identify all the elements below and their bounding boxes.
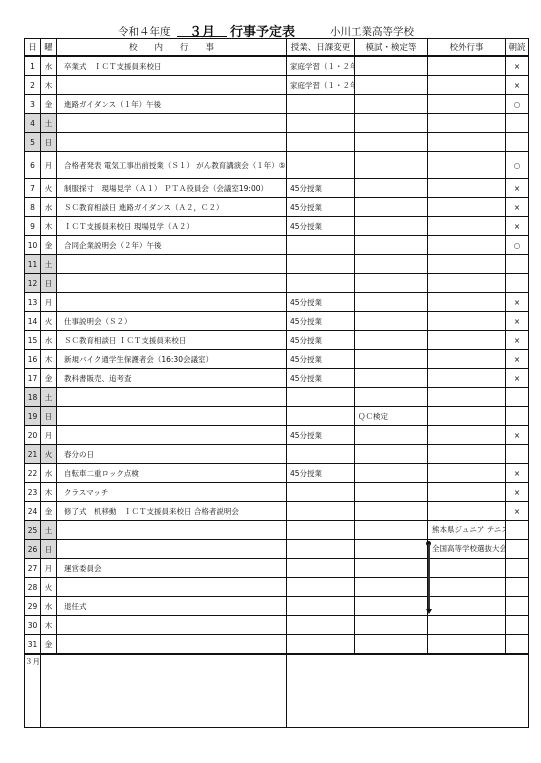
exam-cell (355, 597, 428, 616)
undecided-left (41, 654, 287, 728)
table-row: 19日ＱＣ検定 (25, 407, 529, 426)
exam-cell (355, 152, 428, 179)
class-change-cell (287, 152, 355, 179)
events-cell: 運営委員会 (57, 559, 287, 578)
exam-cell (355, 464, 428, 483)
day-cell: 22 (25, 464, 41, 483)
weekday-cell: 金 (41, 95, 57, 114)
morning-reading-cell: × (506, 198, 529, 217)
morning-reading-cell: × (506, 369, 529, 388)
morning-reading-cell (506, 578, 529, 597)
day-cell: 27 (25, 559, 41, 578)
day-cell: 1 (25, 56, 41, 76)
weekday-cell: 金 (41, 502, 57, 521)
weekday-cell: 月 (41, 426, 57, 445)
events-cell: ＩＣＴ支援員来校日 現場見学（Ａ２） (57, 217, 287, 236)
events-cell: 制服採寸 現場見学（Ａ１） ＰＴＡ役員会（会議室19:00） (57, 179, 287, 198)
external-event-cell (428, 502, 506, 521)
morning-reading-cell (506, 133, 529, 152)
exam-cell (355, 179, 428, 198)
events-cell: ＳＣ教育相談日 進路ガイダンス（Ａ２，Ｃ２） (57, 198, 287, 217)
morning-reading-cell (506, 407, 529, 426)
events-cell (57, 426, 287, 445)
external-event-cell (428, 407, 506, 426)
external-event-cell: 全国高等学校選抜大会 （レスリング） (428, 540, 506, 559)
morning-reading-cell: × (506, 426, 529, 445)
morning-reading-cell: × (506, 483, 529, 502)
external-event-cell (428, 133, 506, 152)
exam-cell (355, 483, 428, 502)
event-span-arrow (428, 544, 430, 612)
morning-reading-cell: × (506, 464, 529, 483)
morning-reading-cell: × (506, 56, 529, 76)
weekday-cell: 月 (41, 152, 57, 179)
table-row: 13月45分授業× (25, 293, 529, 312)
external-event-cell (428, 464, 506, 483)
day-cell: 24 (25, 502, 41, 521)
class-change-cell: 45分授業 (287, 350, 355, 369)
external-event-cell (428, 114, 506, 133)
title-era: 令和４年度 (118, 24, 171, 39)
class-change-cell (287, 635, 355, 655)
external-event-cell (428, 331, 506, 350)
events-cell (57, 635, 287, 655)
external-event-cell (428, 217, 506, 236)
header-day: 日 (25, 39, 41, 57)
school-name: 小川工業高等学校 (330, 24, 414, 39)
external-event-cell (428, 635, 506, 655)
morning-reading-cell: ○ (506, 95, 529, 114)
exam-cell (355, 274, 428, 293)
morning-reading-cell: × (506, 350, 529, 369)
class-change-cell (287, 445, 355, 464)
events-cell (57, 76, 287, 95)
exam-cell (355, 198, 428, 217)
class-change-cell: 45分授業 (287, 293, 355, 312)
class-change-cell: 45分授業 (287, 369, 355, 388)
undecided-row: ３月日時未定分 (25, 654, 529, 728)
events-cell: 卒業式 ＩＣＴ支援員来校日 (57, 56, 287, 76)
class-change-cell (287, 95, 355, 114)
weekday-cell: 土 (41, 388, 57, 407)
exam-cell (355, 133, 428, 152)
exam-cell (355, 95, 428, 114)
events-cell: 修了式 机移動 ＩＣＴ支援員来校日 合格者説明会 (57, 502, 287, 521)
table-row: 9木ＩＣＴ支援員来校日 現場見学（Ａ２）45分授業× (25, 217, 529, 236)
external-event-cell (428, 483, 506, 502)
external-event-cell (428, 369, 506, 388)
class-change-cell: 45分授業 (287, 179, 355, 198)
table-row: 27月運営委員会 (25, 559, 529, 578)
class-change-cell: 45分授業 (287, 198, 355, 217)
morning-reading-cell: × (506, 179, 529, 198)
day-cell: 12 (25, 274, 41, 293)
table-row: 12日 (25, 274, 529, 293)
exam-cell (355, 293, 428, 312)
table-row: 20月45分授業× (25, 426, 529, 445)
external-event-cell (428, 559, 506, 578)
morning-reading-cell (506, 635, 529, 655)
exam-cell (355, 426, 428, 445)
table-row: 25土熊本県ジュニア テニス選手権 (25, 521, 529, 540)
day-cell: 7 (25, 179, 41, 198)
events-cell (57, 616, 287, 635)
exam-cell (355, 76, 428, 95)
external-event-cell (428, 388, 506, 407)
morning-reading-cell: × (506, 331, 529, 350)
events-cell: 合同企業説明会（２年）午後 (57, 236, 287, 255)
table-row: 5日 (25, 133, 529, 152)
external-event-cell (428, 274, 506, 293)
class-change-cell: 45分授業 (287, 426, 355, 445)
class-change-cell (287, 502, 355, 521)
events-cell (57, 521, 287, 540)
table-row: 26日全国高等学校選抜大会 （レスリング） (25, 540, 529, 559)
table-row: 11土 (25, 255, 529, 274)
class-change-cell: 45分授業 (287, 464, 355, 483)
weekday-cell: 水 (41, 464, 57, 483)
day-cell: 18 (25, 388, 41, 407)
day-cell: 13 (25, 293, 41, 312)
table-row: 30木 (25, 616, 529, 635)
external-event-cell (428, 56, 506, 76)
weekday-cell: 水 (41, 198, 57, 217)
external-event-cell (428, 95, 506, 114)
class-change-cell (287, 255, 355, 274)
day-cell: 29 (25, 597, 41, 616)
events-cell (57, 388, 287, 407)
day-cell: 31 (25, 635, 41, 655)
weekday-cell: 土 (41, 255, 57, 274)
events-cell: 自転車二重ロック点検 (57, 464, 287, 483)
events-cell (57, 407, 287, 426)
exam-cell (355, 388, 428, 407)
table-row: 23木クラスマッチ× (25, 483, 529, 502)
class-change-cell (287, 578, 355, 597)
class-change-cell (287, 274, 355, 293)
events-cell (57, 114, 287, 133)
class-change-cell (287, 133, 355, 152)
header-morning-reading: 朝読 (506, 39, 529, 57)
class-change-cell (287, 388, 355, 407)
class-change-cell (287, 559, 355, 578)
events-cell: 進路ガイダンス（１年）午後 (57, 95, 287, 114)
external-event-cell (428, 445, 506, 464)
exam-cell (355, 369, 428, 388)
class-change-cell: 家庭学習（１・２年） (287, 56, 355, 76)
table-row: 4土 (25, 114, 529, 133)
events-cell (57, 133, 287, 152)
day-cell: 5 (25, 133, 41, 152)
events-cell (57, 255, 287, 274)
events-cell: 退任式 (57, 597, 287, 616)
day-cell: 11 (25, 255, 41, 274)
title-month: ３月 (177, 21, 227, 37)
table-row: 17金教科書販売、追考査45分授業× (25, 369, 529, 388)
weekday-cell: 金 (41, 369, 57, 388)
exam-cell (355, 56, 428, 76)
day-cell: 3 (25, 95, 41, 114)
external-event-cell (428, 152, 506, 179)
day-cell: 2 (25, 76, 41, 95)
events-cell: 合格者発表 電気工事出前授業（Ｓ１） がん教育講演会（１年）⑤⑥ (57, 152, 287, 179)
morning-reading-cell (506, 445, 529, 464)
weekday-cell: 月 (41, 559, 57, 578)
external-event-cell (428, 616, 506, 635)
events-cell: 教科書販売、追考査 (57, 369, 287, 388)
exam-cell (355, 540, 428, 559)
morning-reading-cell (506, 114, 529, 133)
table-row: 2木家庭学習（１・２年）× (25, 76, 529, 95)
table-row: 7火制服採寸 現場見学（Ａ１） ＰＴＡ役員会（会議室19:00）45分授業× (25, 179, 529, 198)
undecided-right (287, 654, 529, 728)
weekday-cell: 日 (41, 133, 57, 152)
external-event-cell (428, 597, 506, 616)
day-cell: 20 (25, 426, 41, 445)
external-event-cell: 熊本県ジュニア テニス選手権 (428, 521, 506, 540)
events-cell: 新規バイク通学生保護者会（16:30会議室） (57, 350, 287, 369)
table-row: 14火仕事説明会（Ｓ２）45分授業× (25, 312, 529, 331)
external-event-cell (428, 179, 506, 198)
arrow-down-icon (426, 609, 432, 614)
day-cell: 21 (25, 445, 41, 464)
morning-reading-cell (506, 559, 529, 578)
weekday-cell: 日 (41, 540, 57, 559)
header-external: 校外行事 (428, 39, 506, 57)
class-change-cell (287, 597, 355, 616)
exam-cell (355, 217, 428, 236)
day-cell: 14 (25, 312, 41, 331)
class-change-cell: 45分授業 (287, 312, 355, 331)
morning-reading-cell: × (506, 293, 529, 312)
exam-cell (355, 635, 428, 655)
weekday-cell: 火 (41, 312, 57, 331)
morning-reading-cell (506, 540, 529, 559)
external-event-cell (428, 312, 506, 331)
morning-reading-cell: × (506, 76, 529, 95)
day-cell: 19 (25, 407, 41, 426)
day-cell: 8 (25, 198, 41, 217)
day-cell: 10 (25, 236, 41, 255)
external-event-cell (428, 578, 506, 597)
table-row: 6月合格者発表 電気工事出前授業（Ｓ１） がん教育講演会（１年）⑤⑥○ (25, 152, 529, 179)
morning-reading-cell (506, 616, 529, 635)
morning-reading-cell: × (506, 217, 529, 236)
external-event-cell (428, 426, 506, 445)
class-change-cell: 45分授業 (287, 331, 355, 350)
external-event-cell (428, 236, 506, 255)
events-cell: クラスマッチ (57, 483, 287, 502)
weekday-cell: 火 (41, 179, 57, 198)
exam-cell: ＱＣ検定 (355, 407, 428, 426)
day-cell: 6 (25, 152, 41, 179)
external-event-cell (428, 255, 506, 274)
exam-cell (355, 445, 428, 464)
class-change-cell: 45分授業 (287, 217, 355, 236)
schedule-table: 日 曜 校 内 行 事 授業、日課変更 模試・検定等 校外行事 朝読 1水卒業式… (24, 38, 529, 728)
table-row: 29水退任式 (25, 597, 529, 616)
events-cell (57, 540, 287, 559)
morning-reading-cell: ○ (506, 236, 529, 255)
weekday-cell: 水 (41, 56, 57, 76)
header-exams: 模試・検定等 (355, 39, 428, 57)
undecided-label: ３月日時未定分 (25, 654, 41, 728)
table-row: 3金進路ガイダンス（１年）午後○ (25, 95, 529, 114)
weekday-cell: 火 (41, 578, 57, 597)
morning-reading-cell (506, 274, 529, 293)
weekday-cell: 水 (41, 331, 57, 350)
exam-cell (355, 236, 428, 255)
table-row: 1水卒業式 ＩＣＴ支援員来校日家庭学習（１・２年）× (25, 56, 529, 76)
morning-reading-cell: × (506, 502, 529, 521)
exam-cell (355, 350, 428, 369)
class-change-cell: 家庭学習（１・２年） (287, 76, 355, 95)
weekday-cell: 木 (41, 616, 57, 635)
morning-reading-cell: ○ (506, 152, 529, 179)
exam-cell (355, 559, 428, 578)
class-change-cell (287, 114, 355, 133)
exam-cell (355, 114, 428, 133)
table-row: 28火 (25, 578, 529, 597)
table-row: 31金 (25, 635, 529, 655)
weekday-cell: 土 (41, 521, 57, 540)
table-row: 15水ＳＣ教育相談日 ＩＣＴ支援員来校日45分授業× (25, 331, 529, 350)
weekday-cell: 日 (41, 407, 57, 426)
weekday-cell: 金 (41, 236, 57, 255)
day-cell: 30 (25, 616, 41, 635)
table-row: 24金修了式 机移動 ＩＣＴ支援員来校日 合格者説明会× (25, 502, 529, 521)
morning-reading-cell (506, 597, 529, 616)
class-change-cell (287, 407, 355, 426)
external-event-cell (428, 293, 506, 312)
day-cell: 28 (25, 578, 41, 597)
external-event-cell (428, 76, 506, 95)
day-cell: 23 (25, 483, 41, 502)
events-cell: 春分の日 (57, 445, 287, 464)
table-row: 10金合同企業説明会（２年）午後○ (25, 236, 529, 255)
header-row: 日 曜 校 内 行 事 授業、日課変更 模試・検定等 校外行事 朝読 (25, 39, 529, 57)
exam-cell (355, 331, 428, 350)
weekday-cell: 木 (41, 217, 57, 236)
day-cell: 25 (25, 521, 41, 540)
weekday-cell: 水 (41, 597, 57, 616)
external-event-cell (428, 198, 506, 217)
morning-reading-cell (506, 255, 529, 274)
weekday-cell: 木 (41, 350, 57, 369)
class-change-cell (287, 616, 355, 635)
day-cell: 4 (25, 114, 41, 133)
header-dow: 曜 (41, 39, 57, 57)
events-cell (57, 293, 287, 312)
morning-reading-cell (506, 388, 529, 407)
table-row: 8水ＳＣ教育相談日 進路ガイダンス（Ａ２，Ｃ２）45分授業× (25, 198, 529, 217)
exam-cell (355, 616, 428, 635)
table-row: 22水自転車二重ロック点検45分授業× (25, 464, 529, 483)
external-event-cell (428, 350, 506, 369)
header-class-changes: 授業、日課変更 (287, 39, 355, 57)
day-cell: 16 (25, 350, 41, 369)
events-cell (57, 274, 287, 293)
exam-cell (355, 255, 428, 274)
weekday-cell: 火 (41, 445, 57, 464)
table-row: 16木新規バイク通学生保護者会（16:30会議室）45分授業× (25, 350, 529, 369)
weekday-cell: 月 (41, 293, 57, 312)
class-change-cell (287, 521, 355, 540)
class-change-cell (287, 236, 355, 255)
document-title: 令和４年度 ３月 行事予定表 小川工業高等学校 (0, 22, 541, 38)
day-cell: 17 (25, 369, 41, 388)
table-row: 21火春分の日 (25, 445, 529, 464)
events-cell: ＳＣ教育相談日 ＩＣＴ支援員来校日 (57, 331, 287, 350)
class-change-cell (287, 483, 355, 502)
events-cell (57, 578, 287, 597)
exam-cell (355, 521, 428, 540)
day-cell: 9 (25, 217, 41, 236)
header-events: 校 内 行 事 (57, 39, 287, 57)
exam-cell (355, 502, 428, 521)
day-cell: 15 (25, 331, 41, 350)
weekday-cell: 土 (41, 114, 57, 133)
weekday-cell: 木 (41, 76, 57, 95)
exam-cell (355, 578, 428, 597)
weekday-cell: 木 (41, 483, 57, 502)
day-cell: 26 (25, 540, 41, 559)
exam-cell (355, 312, 428, 331)
weekday-cell: 日 (41, 274, 57, 293)
morning-reading-cell (506, 521, 529, 540)
weekday-cell: 金 (41, 635, 57, 655)
class-change-cell (287, 540, 355, 559)
table-row: 18土 (25, 388, 529, 407)
events-cell: 仕事説明会（Ｓ２） (57, 312, 287, 331)
morning-reading-cell: × (506, 312, 529, 331)
